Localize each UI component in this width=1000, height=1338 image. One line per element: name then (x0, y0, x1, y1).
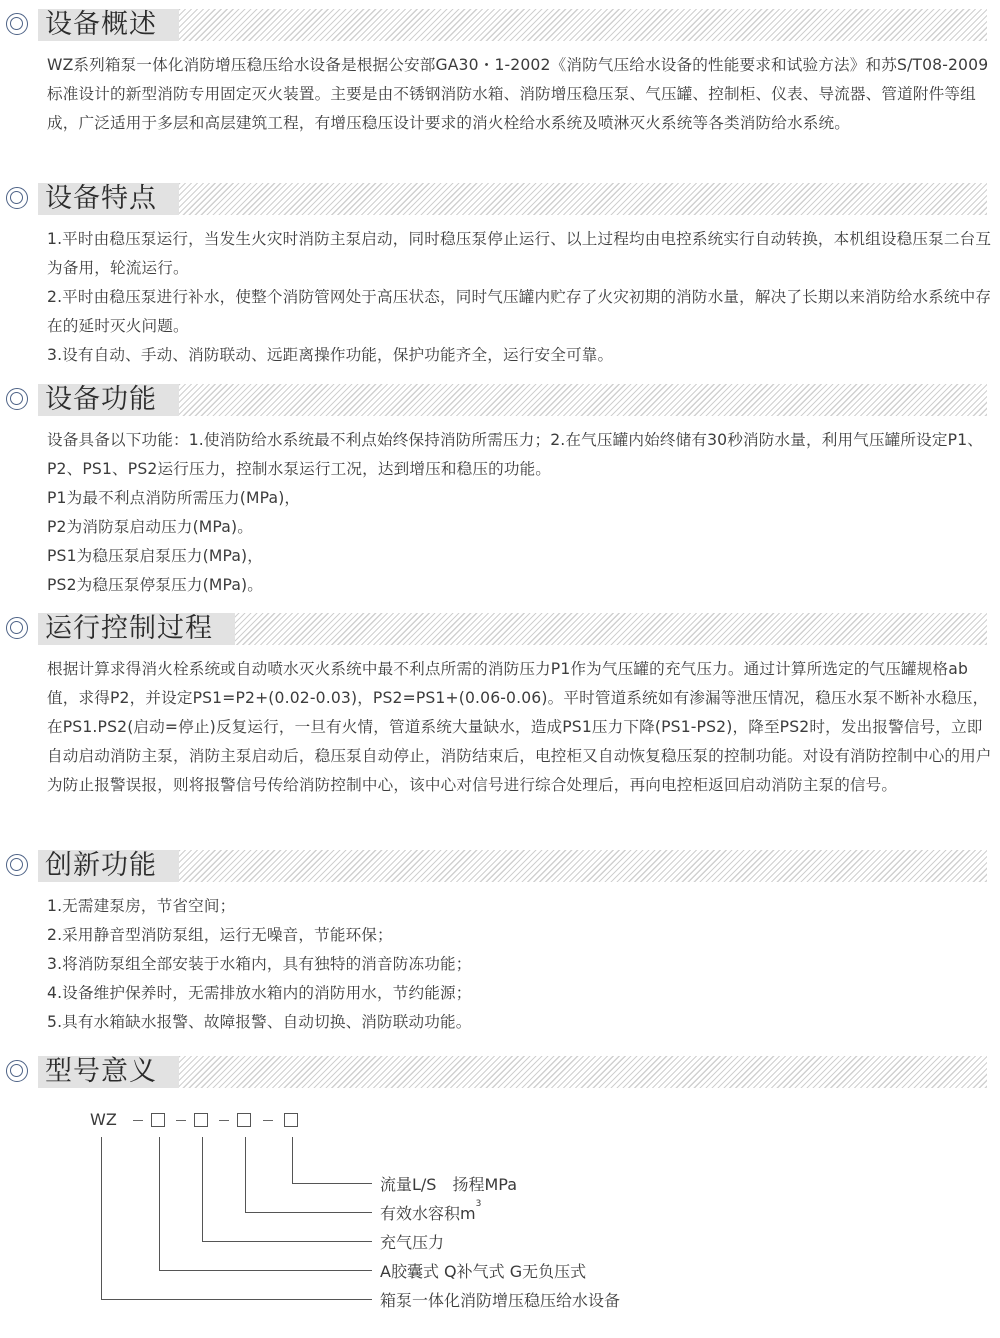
connector-line (292, 1137, 293, 1184)
separator-dash (176, 1120, 186, 1121)
separator-dash (133, 1120, 143, 1121)
placeholder-box (237, 1113, 251, 1127)
connector-line (245, 1137, 246, 1213)
connector-line (101, 1299, 372, 1300)
label-charge-pressure: 充气压力 (380, 1230, 444, 1253)
placeholder-box (284, 1113, 298, 1127)
label-flow-head: 流量L/S 扬程MPa (380, 1172, 517, 1195)
separator-dash (219, 1120, 229, 1121)
connector-line (202, 1241, 372, 1242)
label-volume: 有效水容积m3 (380, 1201, 481, 1224)
connector-line (101, 1137, 102, 1300)
placeholder-box (194, 1113, 208, 1127)
connector-line (159, 1270, 372, 1271)
connector-line (292, 1183, 372, 1184)
label-tank-type: A胶囊式 Q补气式 G无负压式 (380, 1259, 586, 1282)
connector-line (245, 1212, 372, 1213)
model-code-diagram: WZ 流量L/S 扬程MPa 有效水容积m3 充气压力 A胶囊式 Q补气式 G无… (0, 0, 1000, 1338)
label-volume-text: 有效水容积m (380, 1204, 476, 1223)
superscript: 3 (476, 1199, 482, 1209)
connector-line (202, 1137, 203, 1242)
label-equipment-name: 箱泵一体化消防增压稳压给水设备 (380, 1288, 620, 1311)
placeholder-box (151, 1113, 165, 1127)
model-prefix: WZ (90, 1110, 117, 1129)
separator-dash (263, 1120, 273, 1121)
connector-line (159, 1137, 160, 1271)
